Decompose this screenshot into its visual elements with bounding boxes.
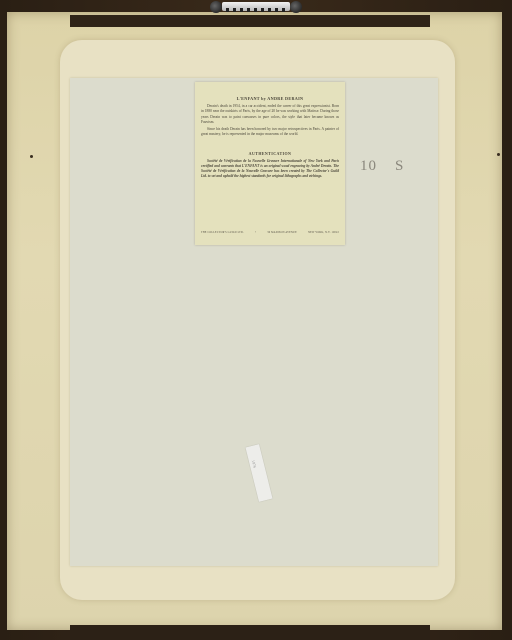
label-paragraph: Since his death Derain has been honored … — [201, 127, 339, 137]
sticker-text: 1976 — [251, 459, 258, 468]
publisher-city: NEW YORK, N.Y. 10022 — [308, 230, 339, 235]
pencil-number: 10 — [360, 158, 377, 174]
footer-separator: • — [255, 230, 256, 235]
sawtooth-hanger — [210, 0, 302, 14]
frame-bottom-rail — [70, 625, 430, 640]
authentication-text: Société de Vérification de la Nouvelle G… — [201, 159, 339, 180]
publisher-name: THE COLLECTOR'S GUILD LTD. — [201, 230, 244, 235]
pencil-letter: S — [395, 158, 404, 174]
pencil-inscription: 10S — [360, 158, 404, 175]
label-footer: THE COLLECTOR'S GUILD LTD. • 36 MADISON … — [201, 230, 339, 235]
frame-top-rail — [70, 15, 430, 27]
hanger-teeth — [226, 8, 286, 12]
label-paragraph: Derain's death in 1954, in a car acciden… — [201, 104, 339, 125]
pin-hole — [30, 155, 33, 158]
screw-icon — [290, 1, 302, 13]
label-title: L'ENFANT by ANDRE DERAIN — [201, 82, 339, 101]
screw-icon — [210, 1, 222, 13]
authentication-heading: AUTHENTICATION — [201, 151, 339, 156]
publisher-address: 36 MADISON AVENUE — [267, 230, 297, 235]
pin-hole — [497, 153, 500, 156]
authentication-label: L'ENFANT by ANDRE DERAIN Derain's death … — [195, 82, 345, 245]
